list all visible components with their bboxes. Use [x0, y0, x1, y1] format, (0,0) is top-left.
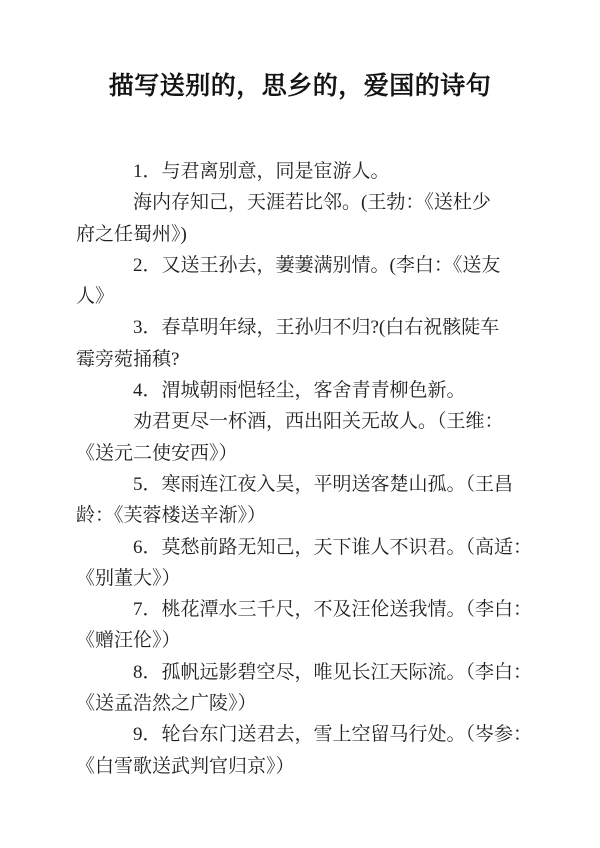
text-line: 5．寒雨连江夜入吴，平明送客楚山孤。（王昌	[76, 469, 560, 500]
document-body: 1．与君离别意，同是宦游人。海内存知己，天涯若比邻。(王勃：《送杜少府之任蜀州》…	[0, 156, 600, 782]
text-line: 劝君更尽一杯酒，西出阳关无故人。（王维：	[76, 406, 560, 437]
text-line: 霉旁菀捅稹?	[76, 344, 560, 375]
text-line: 6．莫愁前路无知己，天下谁人不识君。（高适：	[76, 532, 560, 563]
text-line: 2．又送王孙去，萋萋满别情。(李白：《送友	[76, 250, 560, 281]
text-line: 《送孟浩然之广陵》）	[76, 688, 560, 719]
text-line: 3．春草明年绿，王孙归不归?(白右祝骸陡车	[76, 312, 560, 343]
text-line: 8．孤帆远影碧空尽，唯见长江天际流。（李白：	[76, 657, 560, 688]
text-line: 4．渭城朝雨悒轻尘，客舍青青柳色新。	[76, 375, 560, 406]
text-line: 《送元二使安西》）	[76, 438, 560, 469]
text-line: 《白雪歌送武判官归京》）	[76, 751, 560, 782]
text-line: 1．与君离别意，同是宦游人。	[76, 156, 560, 187]
text-line: 《赠汪伦》）	[76, 625, 560, 656]
text-line: 府之任蜀州》)	[76, 219, 560, 250]
document-page: 描写送别的，思乡的，爱国的诗句 1．与君离别意，同是宦游人。海内存知己，天涯若比…	[0, 0, 600, 848]
text-line: 龄：《芙蓉楼送辛渐》）	[76, 500, 560, 531]
text-line: 人》	[76, 281, 560, 312]
text-line: 《别董大》）	[76, 563, 560, 594]
text-line: 海内存知己，天涯若比邻。(王勃：《送杜少	[76, 187, 560, 218]
text-line: 9．轮台东门送君去，雪上空留马行处。（岑参：	[76, 719, 560, 750]
document-title: 描写送别的，思乡的，爱国的诗句	[0, 70, 600, 104]
text-line: 7．桃花潭水三千尺，不及汪伦送我情。（李白：	[76, 594, 560, 625]
